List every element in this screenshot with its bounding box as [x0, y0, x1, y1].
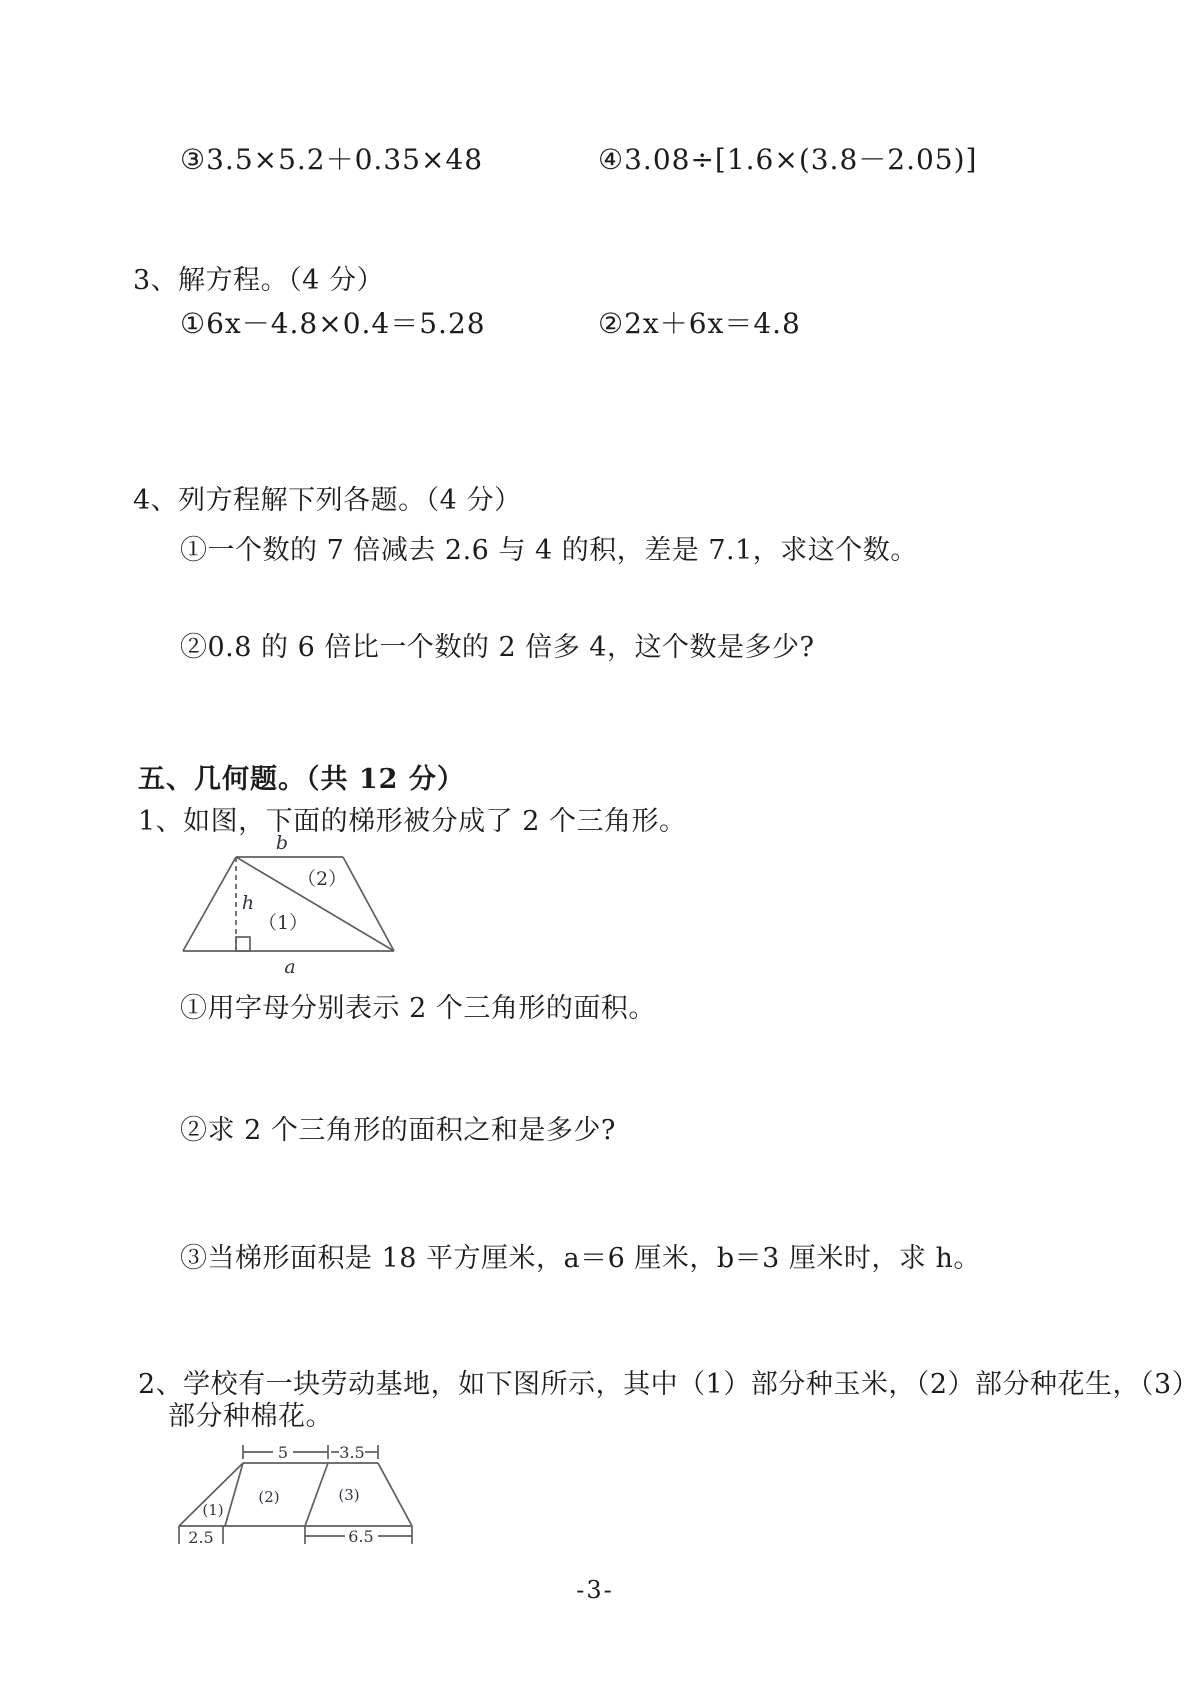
trapezoid-left-edge — [183, 857, 236, 951]
trapezoid-figure: b h （1） （2） a — [165, 833, 415, 981]
field-divider-2 — [305, 1463, 328, 1526]
question-4-item-1: ①一个数的 7 倍减去 2.6 与 4 的积，差是 7.1，求这个数。 — [180, 528, 918, 567]
label-a: a — [284, 956, 295, 978]
section-5-heading: 五、几何题。（共 12 分） — [138, 757, 465, 796]
label-region-1: （1） — [258, 912, 308, 934]
question-3-item-2: ②2x＋6x＝4.8 — [598, 302, 801, 342]
field-figure: 5 3.5 (1) (2) (3) 2.5 6.5 — [165, 1438, 430, 1553]
page-number: -3- — [560, 1576, 630, 1604]
label-b: b — [276, 833, 288, 854]
label-h: h — [242, 892, 254, 914]
question-3-item-1: ①6x－4.8×0.4＝5.28 — [180, 302, 486, 342]
label-dim-2-5: 2.5 — [188, 1528, 213, 1547]
label-dim-5: 5 — [278, 1443, 288, 1462]
right-angle-marker — [236, 937, 250, 951]
label-region-2: （2） — [297, 868, 347, 890]
label-dim-6-5: 6.5 — [348, 1527, 373, 1546]
section-5-q1-item-2: ②求 2 个三角形的面积之和是多少? — [180, 1108, 616, 1147]
question-3-title: 3、解方程。（4 分） — [133, 258, 384, 297]
question-4-item-2: ②0.8 的 6 倍比一个数的 2 倍多 4，这个数是多少? — [180, 625, 814, 664]
field-right-slant — [378, 1463, 412, 1526]
label-region-1: (1) — [202, 1501, 223, 1519]
question-4-title: 4、列方程解下列各题。（4 分） — [133, 478, 521, 517]
section-5-q2-title-line2: 部分种棉花。 — [168, 1394, 333, 1433]
calc-item-4: ④3.08÷[1.6×(3.8－2.05)] — [598, 138, 977, 178]
section-5-q1-item-3: ③当梯形面积是 18 平方厘米，a＝6 厘米，b＝3 厘米时，求 h。 — [180, 1236, 981, 1275]
label-dim-3-5: 3.5 — [339, 1443, 364, 1462]
label-region-2: (2) — [258, 1488, 279, 1506]
trapezoid-right-edge — [343, 857, 394, 951]
section-5-q1-item-1: ①用字母分别表示 2 个三角形的面积。 — [180, 986, 656, 1025]
calc-item-3: ③3.5×5.2＋0.35×48 — [180, 138, 483, 178]
test-paper-page: ③3.5×5.2＋0.35×48 ④3.08÷[1.6×(3.8－2.05)] … — [0, 0, 1191, 1684]
label-region-3: (3) — [338, 1486, 359, 1504]
